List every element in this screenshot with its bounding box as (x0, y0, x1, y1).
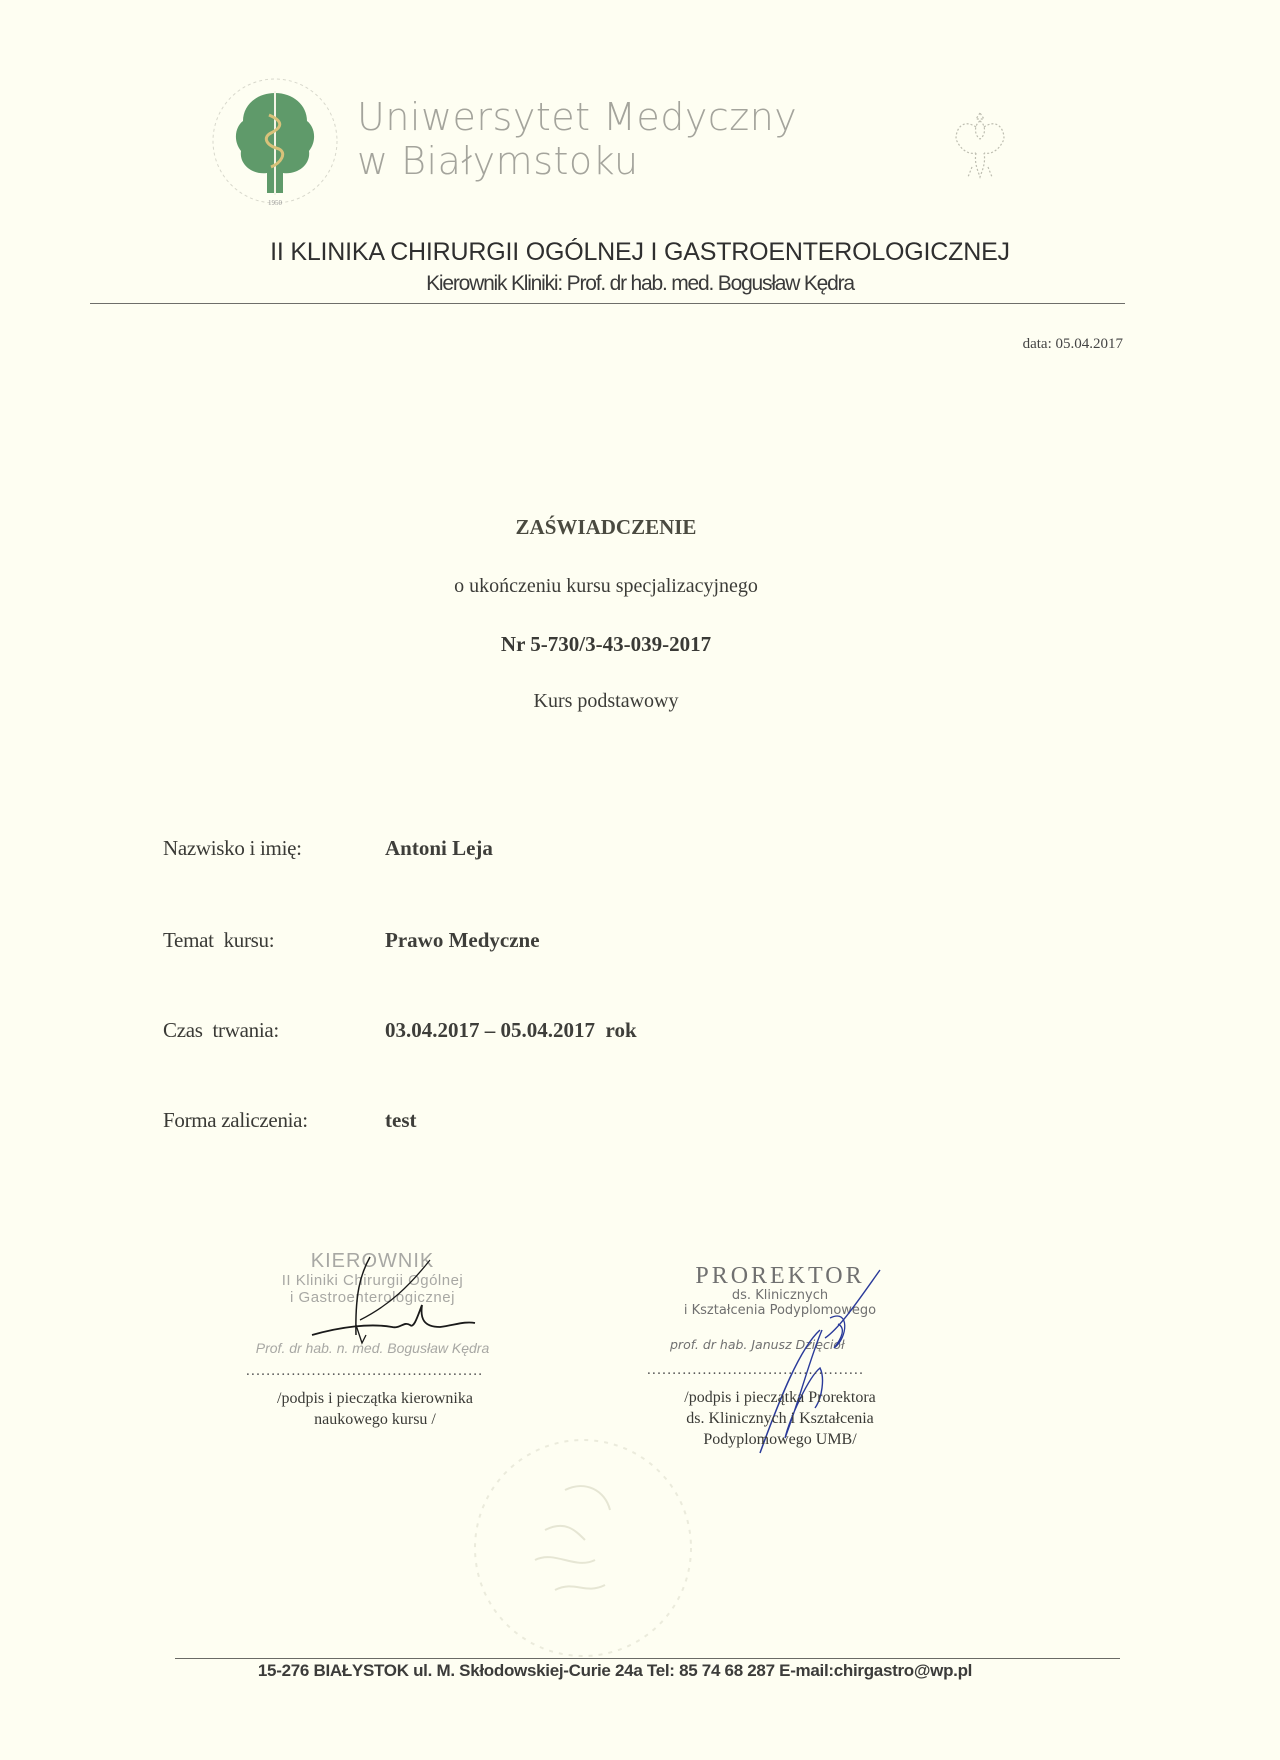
right-caption-line1: /podpis i pieczątka Prorektora (650, 1387, 910, 1408)
university-name-line2: w Białymstoku (357, 139, 797, 183)
left-signature-line: ........................................… (246, 1363, 483, 1380)
right-stamp-line2: i Kształcenia Podyplomowego (660, 1303, 900, 1318)
left-stamp-name: Prof. dr hab. n. med. Bogusław Kędra (225, 1340, 520, 1356)
right-stamp: PROREKTOR ds. Klinicznych i Kształcenia … (660, 1264, 900, 1352)
course-kind: Kurs podstawowy (0, 690, 1212, 713)
footer-contact: 15-276 BIAŁYSTOK ul. M. Skłodowskiej-Cur… (0, 1661, 1230, 1681)
left-caption: /podpis i pieczątka kierownika naukowego… (225, 1388, 525, 1430)
left-stamp-line1: II Kliniki Chirurgii Ogólnej (225, 1272, 520, 1289)
right-signature-line: ........................................… (647, 1362, 864, 1379)
field-value-topic: Prawo Medyczne (385, 928, 540, 953)
university-name: Uniwersytet Medyczny w Białymstoku (357, 95, 797, 183)
right-stamp-line1: ds. Klinicznych (660, 1288, 900, 1303)
left-caption-line1: /podpis i pieczątka kierownika (225, 1388, 525, 1409)
right-stamp-name: prof. dr hab. Janusz Dzięcioł (660, 1338, 900, 1352)
left-caption-line2: naukowego kursu / (225, 1409, 525, 1430)
svg-text:1950: 1950 (268, 199, 283, 207)
left-stamp-line2: i Gastroenterologicznej (225, 1289, 520, 1306)
document-date: data: 05.04.2017 (1023, 336, 1123, 353)
left-stamp-title: KIEROWNIK (225, 1250, 520, 1272)
field-value-assessment: test (385, 1108, 416, 1133)
certificate-title: ZAŚWIADCZENIE (0, 515, 1212, 540)
certificate-subtitle: o ukończeniu kursu specjalizacyjnego (0, 575, 1212, 598)
embossed-seal-icon (455, 1430, 715, 1660)
university-name-line1: Uniwersytet Medyczny (357, 95, 797, 139)
polish-eagle-emblem-icon (950, 105, 1010, 185)
right-stamp-title: PROREKTOR (660, 1264, 900, 1288)
right-caption-line2: ds. Klinicznych i Kształcenia (650, 1408, 910, 1429)
clinic-title: II KLINIKA CHIRURGII OGÓLNEJ I GASTROENT… (0, 238, 1280, 267)
field-value-name: Antoni Leja (385, 836, 493, 861)
clinic-head: Kierownik Kliniki: Prof. dr hab. med. Bo… (0, 272, 1280, 296)
field-label-topic: Temat kursu: (163, 928, 274, 953)
field-value-duration: 03.04.2017 – 05.04.2017 rok (385, 1018, 637, 1043)
field-label-name: Nazwisko i imię: (163, 836, 302, 861)
certificate-number: Nr 5-730/3-43-039-2017 (0, 632, 1212, 657)
field-label-duration: Czas trwania: (163, 1018, 279, 1043)
university-logo: 1950 (205, 75, 345, 210)
left-stamp: KIEROWNIK II Kliniki Chirurgii Ogólnej i… (225, 1250, 520, 1356)
field-label-assessment: Forma zaliczenia: (163, 1108, 308, 1133)
footer-divider (175, 1658, 1120, 1659)
header-divider (90, 303, 1125, 304)
